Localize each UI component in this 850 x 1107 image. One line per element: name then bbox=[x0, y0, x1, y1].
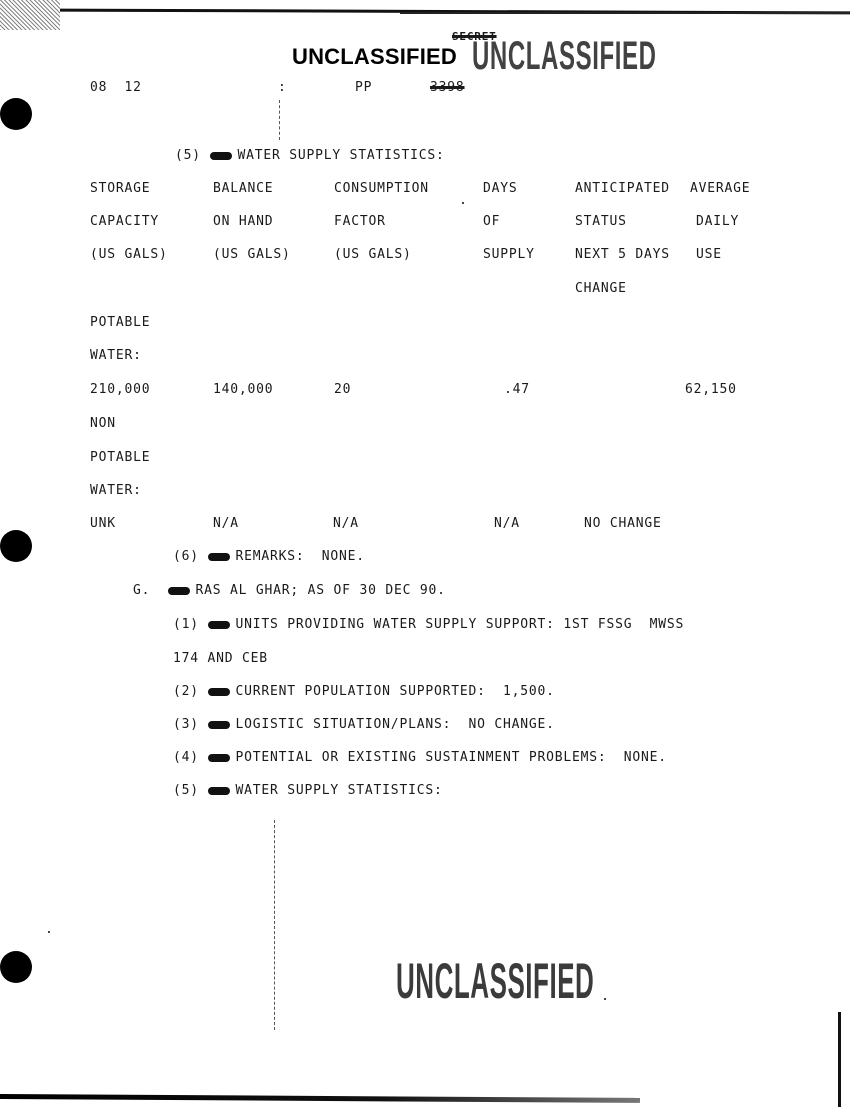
section-number: (5) bbox=[175, 148, 201, 163]
item-number: (4) bbox=[173, 750, 199, 765]
redaction-mark bbox=[168, 587, 190, 595]
classification-stamp: UNCLASSIFIED bbox=[472, 34, 657, 79]
col-header: ON HAND bbox=[213, 214, 273, 229]
cell-storage: UNK bbox=[90, 516, 116, 531]
item-text-continuation: 174 AND CEB bbox=[173, 651, 268, 666]
item-text: UNITS PROVIDING WATER SUPPLY SUPPORT: 1S… bbox=[236, 617, 685, 632]
redaction-mark bbox=[208, 721, 230, 729]
list-item: (1) UNITS PROVIDING WATER SUPPLY SUPPORT… bbox=[173, 617, 684, 632]
col-header: DAILY bbox=[696, 214, 739, 229]
item-number: (1) bbox=[173, 617, 199, 632]
cell-status: NO CHANGE bbox=[584, 516, 662, 531]
precedence-code: PP bbox=[355, 80, 372, 95]
bottom-edge-line bbox=[0, 1094, 640, 1103]
col-header: CAPACITY bbox=[90, 214, 159, 229]
punch-hole-icon bbox=[0, 530, 32, 562]
col-header: FACTOR bbox=[334, 214, 386, 229]
row-label: POTABLE bbox=[90, 315, 150, 330]
col-header: CONSUMPTION bbox=[334, 181, 429, 196]
punch-hole-icon bbox=[0, 98, 32, 130]
list-item: (2) CURRENT POPULATION SUPPORTED: 1,500. bbox=[173, 684, 555, 699]
col-header: (US GALS) bbox=[90, 247, 168, 262]
col-header: STATUS bbox=[575, 214, 627, 229]
scan-speck bbox=[462, 202, 464, 204]
col-header: STORAGE bbox=[90, 181, 150, 196]
list-item: (4) POTENTIAL OR EXISTING SUSTAINMENT PR… bbox=[173, 750, 667, 765]
remarks-text: REMARKS: NONE. bbox=[236, 549, 365, 564]
col-header: AVERAGE bbox=[690, 181, 750, 196]
scan-fold-line bbox=[279, 100, 281, 140]
section-letter: G. bbox=[133, 583, 150, 598]
item-text: POTENTIAL OR EXISTING SUSTAINMENT PROBLE… bbox=[236, 750, 667, 765]
cell-balance: 140,000 bbox=[213, 382, 273, 397]
top-edge-line-2 bbox=[400, 12, 850, 14]
col-header: CHANGE bbox=[575, 281, 627, 296]
redaction-mark bbox=[210, 152, 232, 160]
col-header: OF bbox=[483, 214, 500, 229]
col-header: NEXT 5 DAYS bbox=[575, 247, 670, 262]
message-date-code: 08 12 bbox=[90, 80, 142, 95]
col-header: (US GALS) bbox=[334, 247, 412, 262]
item-number: (3) bbox=[173, 717, 199, 732]
col-header: (US GALS) bbox=[213, 247, 291, 262]
col-header: BALANCE bbox=[213, 181, 273, 196]
row-label: WATER: bbox=[90, 483, 142, 498]
cell-days: .47 bbox=[504, 382, 530, 397]
col-header: USE bbox=[696, 247, 722, 262]
cell-storage: 210,000 bbox=[90, 382, 150, 397]
footer-classification-stamp: UNCLASSIFIED bbox=[396, 952, 594, 1010]
redaction-mark bbox=[208, 621, 230, 629]
scan-fold-line bbox=[274, 820, 276, 1030]
item-text: WATER SUPPLY STATISTICS: bbox=[236, 783, 443, 798]
right-edge-line bbox=[838, 1012, 841, 1107]
col-header: DAYS bbox=[483, 181, 518, 196]
row-label: POTABLE bbox=[90, 450, 150, 465]
cell-daily-use: 62,150 bbox=[685, 382, 737, 397]
item-number: (5) bbox=[173, 783, 199, 798]
section-title: RAS AL GHAR; AS OF 30 DEC 90. bbox=[196, 583, 446, 598]
scan-speck bbox=[604, 998, 606, 1000]
row-label: WATER: bbox=[90, 348, 142, 363]
cell-balance: N/A bbox=[213, 516, 239, 531]
cell-days: N/A bbox=[494, 516, 520, 531]
list-item: (3) LOGISTIC SITUATION/PLANS: NO CHANGE. bbox=[173, 717, 555, 732]
col-header: ANTICIPATED bbox=[575, 181, 670, 196]
remarks-line: (6) REMARKS: NONE. bbox=[173, 549, 365, 564]
struck-code: 3398 bbox=[430, 80, 465, 95]
cell-consumption: N/A bbox=[333, 516, 359, 531]
redaction-mark bbox=[208, 787, 230, 795]
list-item: (5) WATER SUPPLY STATISTICS: bbox=[173, 783, 443, 798]
scan-noise bbox=[0, 0, 60, 30]
punch-hole-icon bbox=[0, 951, 32, 983]
section-heading: (5) WATER SUPPLY STATISTICS: bbox=[175, 148, 445, 163]
classification-typed: UNCLASSIFIED bbox=[292, 44, 457, 70]
section-title: WATER SUPPLY STATISTICS: bbox=[238, 148, 445, 163]
row-label: NON bbox=[90, 416, 116, 431]
separator-colon: : bbox=[278, 80, 287, 95]
cell-consumption: 20 bbox=[334, 382, 351, 397]
item-text: LOGISTIC SITUATION/PLANS: NO CHANGE. bbox=[236, 717, 555, 732]
redaction-mark bbox=[208, 754, 230, 762]
redaction-mark bbox=[208, 688, 230, 696]
scan-speck bbox=[48, 931, 50, 933]
section-g-heading: G. RAS AL GHAR; AS OF 30 DEC 90. bbox=[133, 583, 446, 598]
redaction-mark bbox=[208, 553, 230, 561]
item-number: (2) bbox=[173, 684, 199, 699]
col-header: SUPPLY bbox=[483, 247, 535, 262]
item-number: (6) bbox=[173, 549, 199, 564]
item-text: CURRENT POPULATION SUPPORTED: 1,500. bbox=[236, 684, 555, 699]
